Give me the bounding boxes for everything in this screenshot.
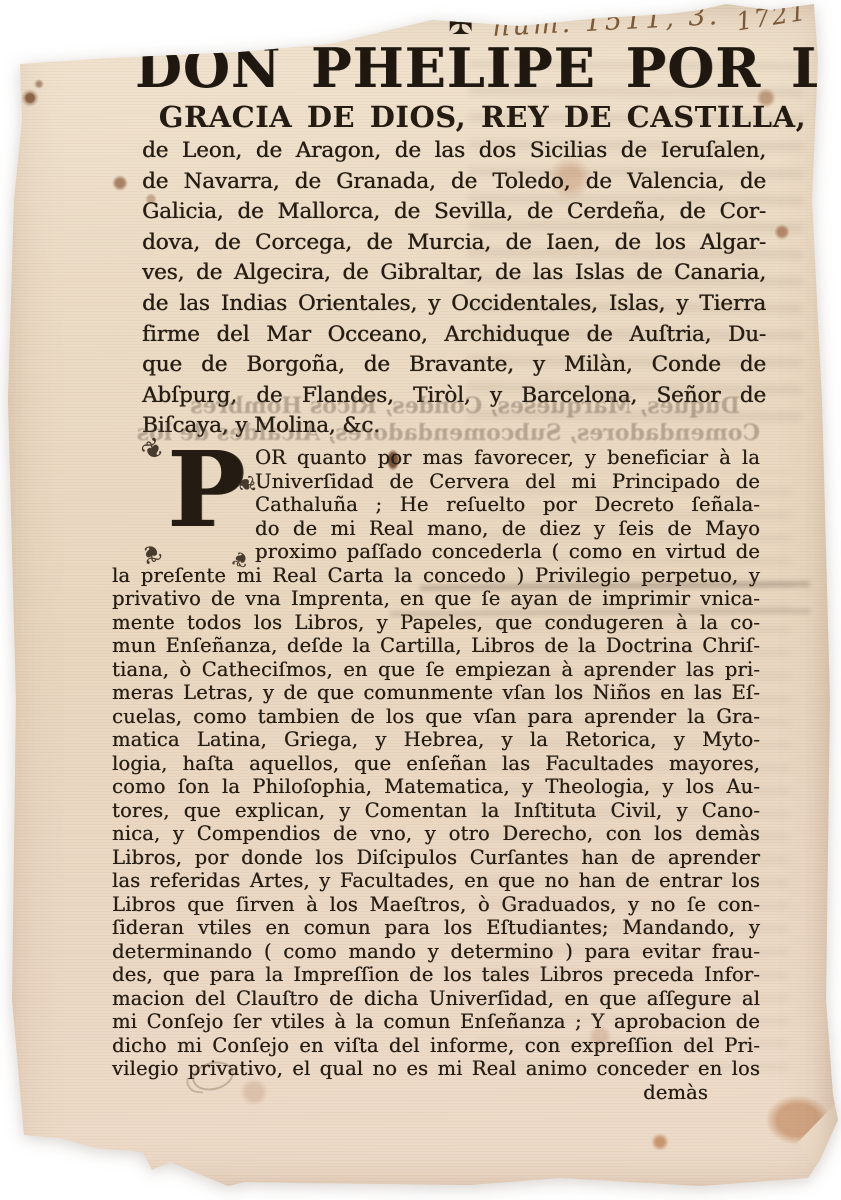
text-line: mi Conſejo ſer vtiles à la comun Enſeñan… <box>112 1010 760 1034</box>
text-line: privativo de vna Imprenta, en que ſe aya… <box>112 587 760 611</box>
text-line: macion del Clauſtro de dicha Univerſidad… <box>112 987 760 1011</box>
text-line: de Leon, de Aragon, de las dos Sicilias … <box>142 136 766 167</box>
drop-cap-letter: P <box>167 433 245 546</box>
text-line: dova, de Corcega, de Murcia, de Iaen, de… <box>142 228 766 259</box>
drop-cap-block: ❦ ❦ ❦ ❦ P <box>112 446 255 563</box>
ornate-initial: ❦ ❦ ❦ ❦ P <box>155 447 245 560</box>
text-line: mun Enſeñanza, deſde la Cartilla, Libros… <box>112 634 760 658</box>
bleedthrough-text-line: Duques, Marqueses, Condes, Ricos Hombres <box>150 393 740 419</box>
document-title-line1: DON PHELIPE POR LA <box>135 36 830 100</box>
floral-ornament-icon: ❦ <box>138 538 165 567</box>
paper-shadow-wrap: ✠ núm. 1511, 3. 1721 DON PHELIPE POR LA … <box>0 0 841 1200</box>
paper-sheet: ✠ núm. 1511, 3. 1721 DON PHELIPE POR LA … <box>0 0 841 1200</box>
text-line: mente todos los Libros, y Papeles, que c… <box>112 611 760 635</box>
text-line: las referidas Artes, y Facultades, en qu… <box>112 869 760 893</box>
text-line: logia, haſta aquellos, que enſeñan las F… <box>112 752 760 776</box>
text-line: firme del Mar Occeano, Archiduque de Auſ… <box>142 320 766 351</box>
text-line: Libros, por donde los Diſcipulos Curſant… <box>112 846 760 870</box>
text-line: des, que para la Impreſſion de los tales… <box>112 963 760 987</box>
text-line: Libros que ſirven à los Maeſtros, ò Grad… <box>112 893 760 917</box>
text-line: dicho mi Conſejo en viſta del informe, c… <box>112 1034 760 1058</box>
text-line: matica Latina, Griega, y Hebrea, y la Re… <box>112 728 760 752</box>
text-line: de Navarra, de Granada, de Toledo, de Va… <box>142 167 766 198</box>
decree-paragraph: ❦ ❦ ❦ ❦ P OR quanto por mas favorecer, y… <box>112 446 760 1104</box>
text-line: determinando ( como mando y determino ) … <box>112 940 760 964</box>
text-line: cuelas, como tambien de los que vſan par… <box>112 705 760 729</box>
text-line: como ſon la Philoſophia, Matematica, y T… <box>112 775 760 799</box>
text-line: que de Borgoña, de Bravante, y Milàn, Co… <box>142 350 766 381</box>
scanned-document-page: ✠ núm. 1511, 3. 1721 DON PHELIPE POR LA … <box>0 0 841 1200</box>
text-line: de las Indias Orientales, y Occidentales… <box>142 289 766 320</box>
text-line: tiana, ò Catheciſmos, en que ſe empiezan… <box>112 658 760 682</box>
text-line: ves, de Algecira, de Gibraltar, de las I… <box>142 258 766 289</box>
text-line: la preſente mi Real Carta la concedo ) P… <box>112 564 760 588</box>
text-line: tores, que explican, y Comentan la Inſti… <box>112 799 760 823</box>
text-line: meras Letras, y de que comunmente vſan l… <box>112 681 760 705</box>
text-line: nica, y Compendios de vno, y otro Derech… <box>112 822 760 846</box>
text-line: Galicia, de Mallorca, de Sevilla, de Cer… <box>142 197 766 228</box>
text-line: ſideran vtiles en comun para los Eſtudia… <box>112 916 760 940</box>
document-title-line2: GRACIA DE DIOS, REY DE CASTILLA, <box>135 100 830 134</box>
